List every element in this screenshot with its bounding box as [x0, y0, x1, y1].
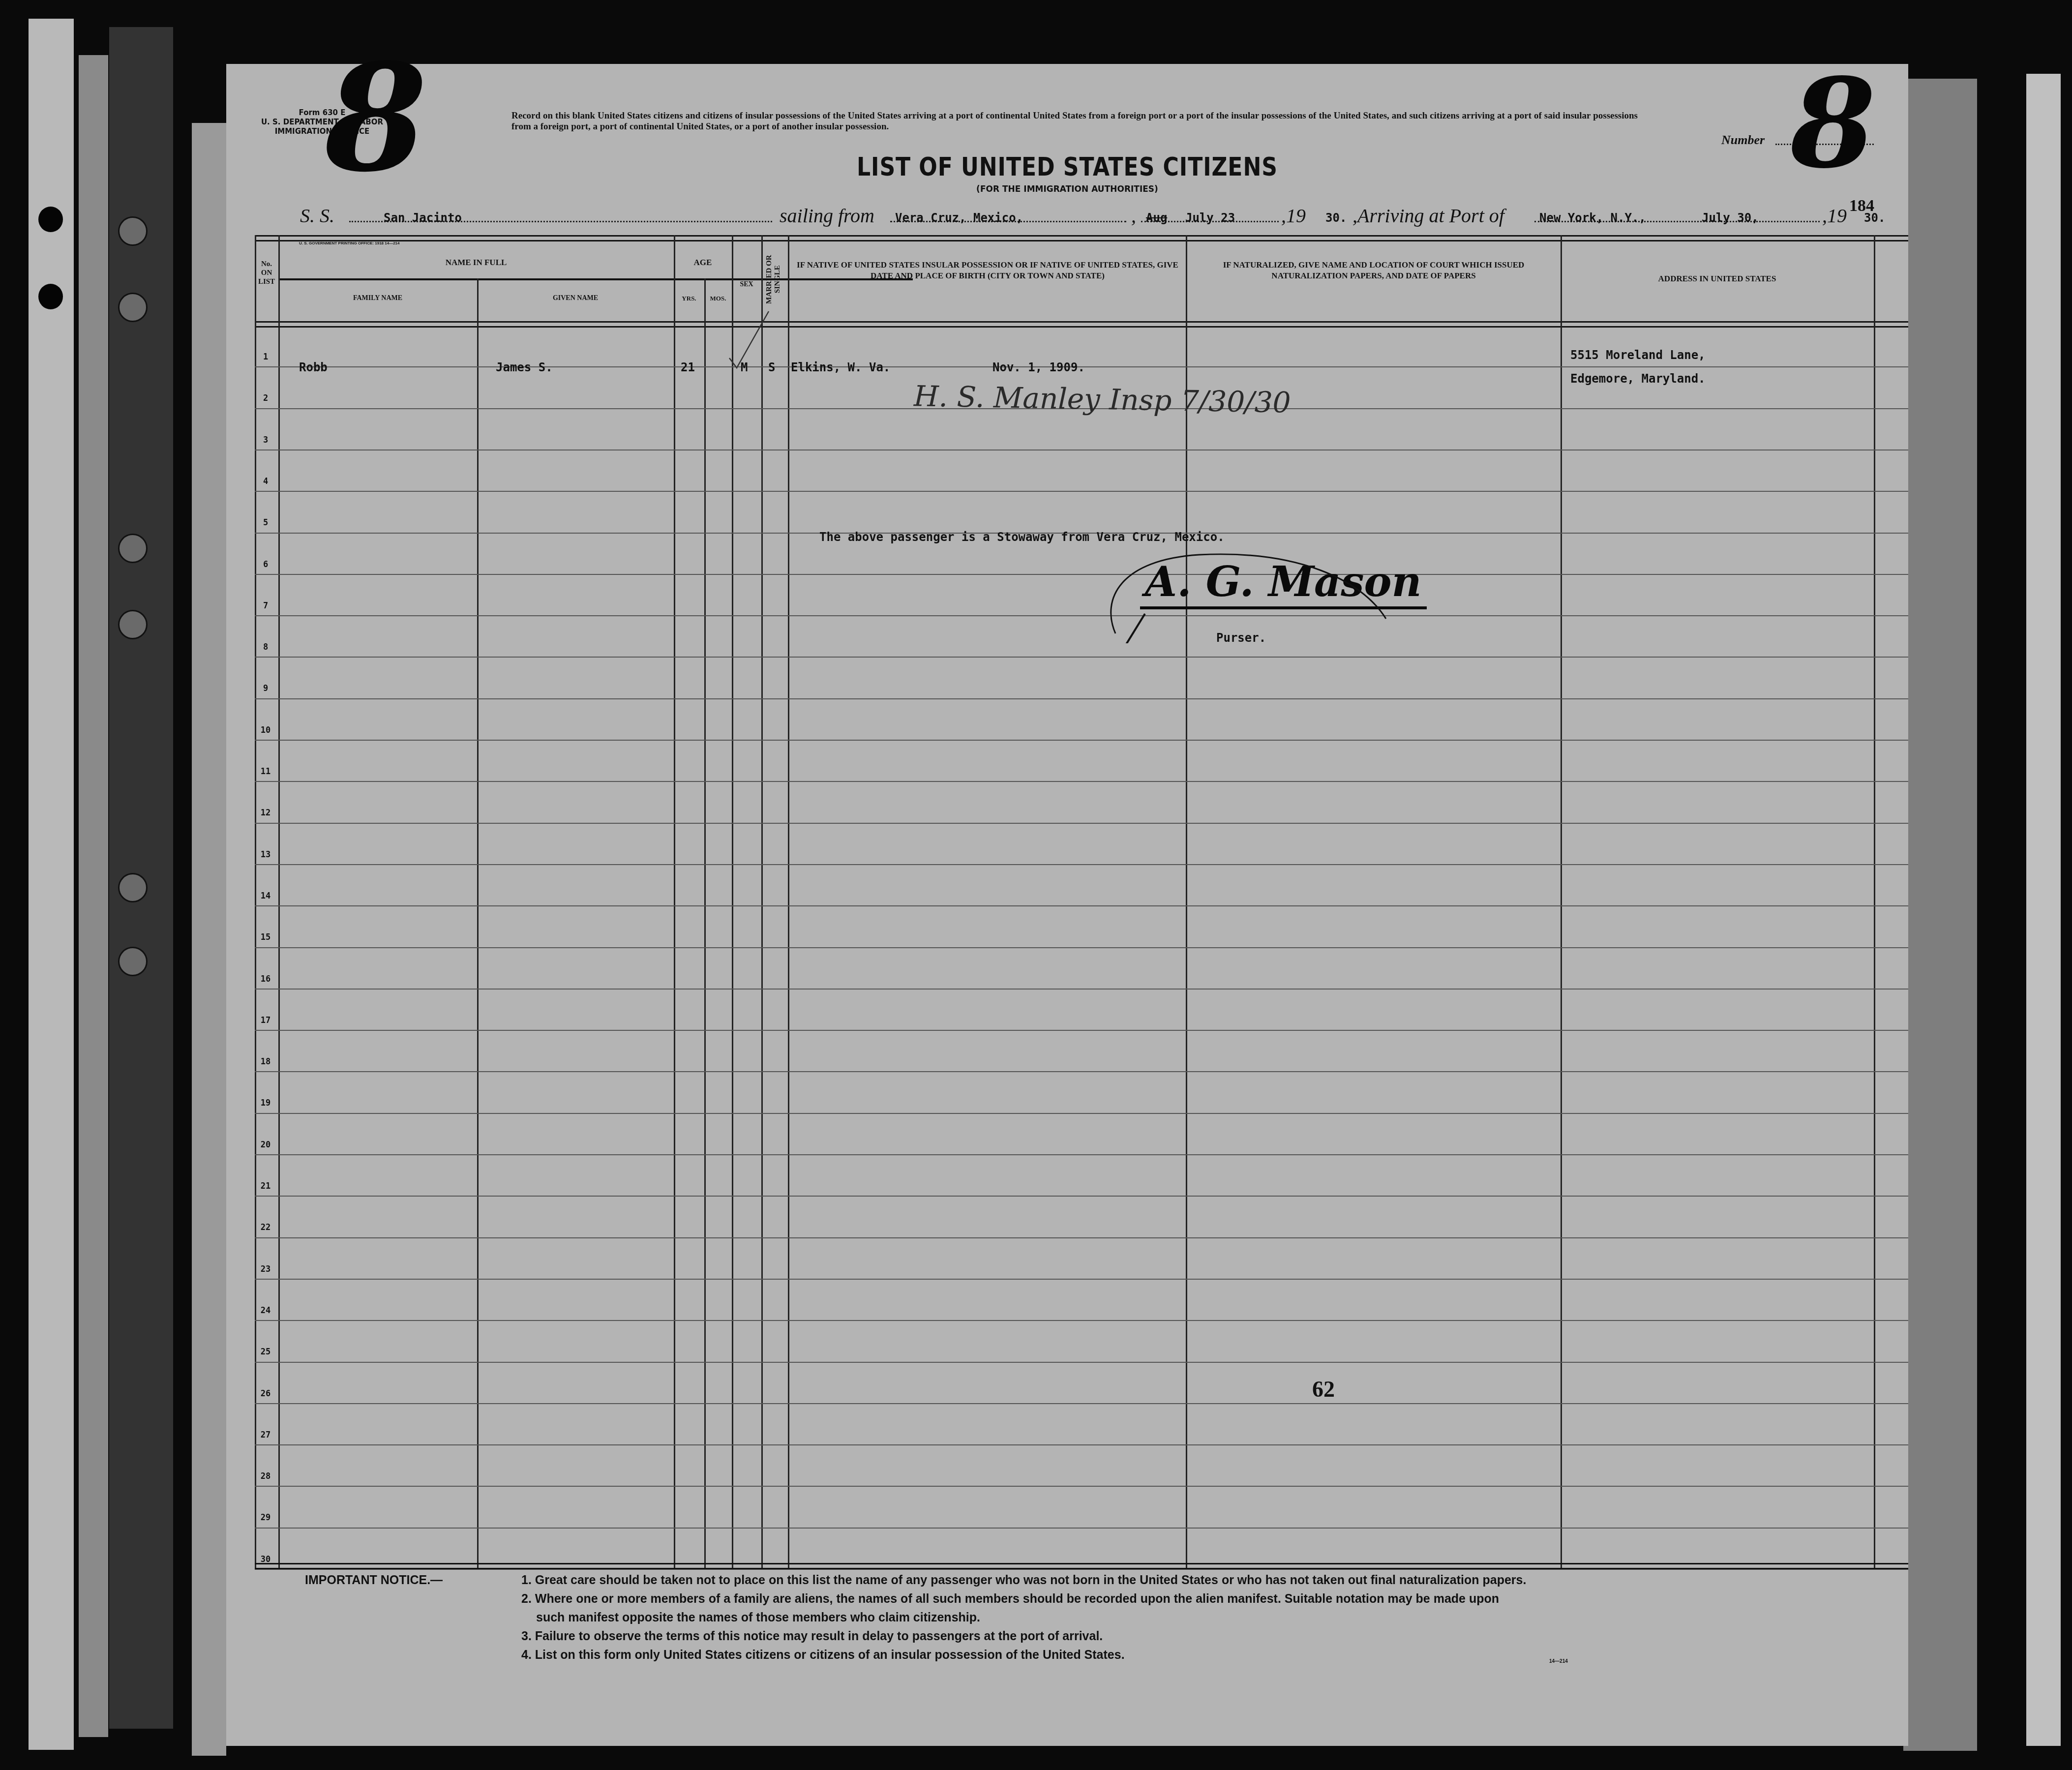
row-number: 7: [251, 601, 280, 611]
row-divider: [255, 698, 1908, 699]
row-divider: [255, 1030, 1908, 1031]
row-divider: [255, 1237, 1908, 1238]
row-divider: [255, 615, 1908, 616]
header-family-name: FAMILY NAME: [278, 293, 477, 304]
notice-item-3: 3. Failure to observe the terms of this …: [521, 1627, 1103, 1645]
header-mos: MOS.: [704, 293, 732, 304]
binder-margin-left: [29, 19, 74, 1750]
punch-hole-icon: [118, 947, 148, 976]
row-divider: [255, 864, 1908, 865]
arrival-port: New York, N.Y.,: [1539, 211, 1646, 225]
row-number: 23: [251, 1264, 280, 1274]
header-bottom-rule: [255, 321, 1908, 328]
given-name: James S.: [496, 360, 553, 374]
departure-date-struck: Aug: [1146, 211, 1167, 225]
header-age: AGE: [674, 257, 732, 268]
row-number: 21: [251, 1181, 280, 1191]
row-divider: [255, 1486, 1908, 1487]
family-name: Robb: [299, 360, 328, 374]
punch-hole-icon: [38, 284, 63, 309]
underlying-page-edge: [79, 55, 108, 1737]
row-divider: [255, 1154, 1908, 1155]
notice-label: IMPORTANT NOTICE.—: [305, 1571, 443, 1589]
row-number: 15: [251, 932, 280, 942]
punch-hole-icon: [118, 873, 148, 902]
notice-item-4: 4. List on this form only United States …: [521, 1646, 1125, 1664]
row-divider: [255, 1444, 1908, 1445]
punch-hole-icon: [118, 610, 148, 639]
row-number: 11: [251, 767, 280, 777]
row-number: 16: [251, 974, 280, 984]
header-no-on-list: No. ON LIST: [255, 260, 278, 286]
punch-hole-icon: [118, 216, 148, 246]
notice-item-1: 1. Great care should be taken not to pla…: [521, 1571, 1526, 1589]
row-divider: [255, 947, 1908, 948]
address-line2: Edgemore, Maryland.: [1570, 372, 1706, 386]
page-title: LIST OF UNITED STATES CITIZENS: [353, 152, 1782, 182]
check-mark-icon: [727, 309, 771, 373]
row-divider: [255, 781, 1908, 782]
row-number: 28: [251, 1471, 280, 1481]
ss-label: S. S.: [300, 204, 334, 227]
row-number: 25: [251, 1347, 280, 1357]
row-divider: [255, 657, 1908, 658]
inspector-annotation: H. S. Manley Insp 7/30/30: [913, 379, 1291, 419]
row-number: 18: [251, 1057, 280, 1067]
purser-title: Purser.: [1216, 631, 1266, 645]
row-divider: [255, 450, 1908, 450]
row-divider: [255, 989, 1908, 990]
page-number: 62: [1312, 1376, 1335, 1402]
header-birth-info: IF NATIVE OF UNITED STATES INSULAR POSSE…: [796, 260, 1179, 281]
header-married-or-single: MARRIED OR SINGLE: [765, 245, 782, 314]
punch-hole-icon: [118, 534, 148, 563]
row-divider: [255, 1279, 1908, 1280]
sailing-from-port: Vera Cruz, Mexico,: [895, 211, 1023, 225]
row-number: 27: [251, 1430, 280, 1440]
table-bottom-rule: [255, 1563, 1908, 1569]
underlying-page-edge-2: [192, 123, 226, 1756]
page-subtitle: (FOR THE IMMIGRATION AUTHORITIES): [226, 184, 1908, 194]
birth-date: Nov. 1, 1909.: [992, 360, 1085, 374]
row-divider: [255, 574, 1908, 575]
adjacent-page-margin: [2026, 74, 2061, 1746]
row-divider: [255, 1320, 1908, 1321]
row-number: 8: [251, 642, 280, 652]
row-number: 5: [251, 518, 280, 528]
printing-office-note: U. S. GOVERNMENT PRINTING OFFICE: 1918 1…: [299, 241, 400, 245]
adjacent-page-edge: [1903, 79, 1977, 1751]
year-prefix: 19: [1286, 204, 1306, 227]
number-label: Number: [1721, 133, 1765, 148]
row-number: 4: [251, 477, 280, 486]
row-divider: [255, 1071, 1908, 1072]
row-number: 22: [251, 1223, 280, 1232]
handwritten-list-number: 8: [1790, 49, 1876, 197]
row-number: 17: [251, 1016, 280, 1025]
age-years: 21: [681, 360, 695, 374]
row-divider: [255, 740, 1908, 741]
row-number: 26: [251, 1389, 280, 1399]
departure-date: July 23: [1185, 211, 1235, 225]
form-code: 14—214: [1549, 1653, 1568, 1671]
row-divider: [255, 1528, 1908, 1529]
table-top-rule: [255, 235, 1908, 241]
notice-item-2: 2. Where one or more members of a family…: [521, 1590, 1499, 1608]
departure-year: 30.: [1325, 211, 1347, 225]
signature-flourish-icon: [1101, 550, 1396, 643]
row-divider: [255, 491, 1908, 492]
arriving-label: Arriving at Port of: [1357, 204, 1504, 227]
row-number: 12: [251, 808, 280, 818]
header-given-name: GIVEN NAME: [477, 293, 674, 304]
row-divider: [255, 1196, 1908, 1197]
passenger-table: U. S. GOVERNMENT PRINTING OFFICE: 1918 1…: [255, 235, 1908, 1569]
arrival-date: July 30,: [1702, 211, 1759, 225]
punch-hole-icon: [38, 207, 63, 232]
row-number: 20: [251, 1140, 280, 1150]
row-number: 3: [251, 435, 280, 445]
header-address: ADDRESS IN UNITED STATES: [1561, 273, 1874, 284]
punch-hole-icon: [118, 293, 148, 322]
row-divider: [255, 1113, 1908, 1114]
header-instructions: Record on this blank United States citiz…: [511, 111, 1638, 132]
row-number: 10: [251, 725, 280, 735]
row-divider: [255, 1403, 1908, 1404]
header-yrs: YRS.: [674, 293, 704, 304]
row-divider: [255, 823, 1908, 824]
address-line1: 5515 Moreland Lane,: [1570, 348, 1706, 362]
sailing-from-label: sailing from: [780, 204, 874, 227]
manifest-sheet: Form 630 E U. S. DEPARTMENT OF LABOR IMM…: [226, 64, 1908, 1746]
row-number: 14: [251, 891, 280, 901]
row-number: 6: [251, 560, 280, 570]
row-divider: [255, 905, 1908, 906]
row-number: 29: [251, 1513, 280, 1523]
header-naturalized-info: IF NATURALIZED, GIVE NAME AND LOCATION O…: [1194, 260, 1553, 281]
row-number: 19: [251, 1098, 280, 1108]
voyage-line: S. S. San Jacinto sailing from Vera Cruz…: [300, 204, 1913, 234]
row-number: 13: [251, 850, 280, 860]
row-number: 24: [251, 1306, 280, 1316]
year-prefix: 19: [1827, 204, 1847, 227]
header-name-in-full: NAME IN FULL: [278, 257, 674, 268]
stowaway-note: The above passenger is a Stowaway from V…: [819, 530, 1225, 544]
row-number: 9: [251, 684, 280, 693]
ship-name: San Jacinto: [384, 211, 462, 225]
page-stamp: 184: [1849, 197, 1874, 215]
notice-item-2-continued: such manifest opposite the names of thos…: [536, 1609, 980, 1626]
row-number: 1: [251, 352, 280, 362]
row-number: 2: [251, 393, 280, 403]
row-divider: [255, 1362, 1908, 1363]
birth-place: Elkins, W. Va.: [791, 360, 890, 374]
header-sex: SEX: [732, 279, 761, 290]
